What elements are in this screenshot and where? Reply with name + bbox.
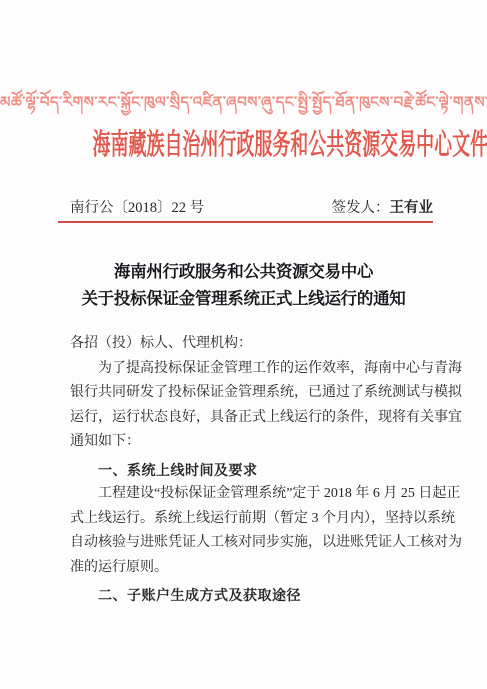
org-red-header-title: 海南藏族自治州行政服务和公共资源交易中心文件 (93, 122, 395, 163)
issuer: 签发人：王有业 (332, 196, 434, 217)
document-title: 海南州行政服务和公共资源交易中心 关于投标保证金管理系统正式上线运行的通知 (0, 258, 487, 312)
issuer-name: 王有业 (390, 200, 434, 216)
document-page: མཚོ་ལྷོ་བོད་རིགས་རང་སྐྱོང་ཁུལ་སྲིད་འཛིན་… (0, 0, 487, 689)
body-line: 工程建设“投标保证金管理系统”定于 2018 年 6 月 25 日起正 (70, 482, 435, 507)
body-section-heading: 一、系统上线时间及要求 (70, 458, 435, 483)
doc-number-row: 南行公〔2018〕22 号 签发人：王有业 (70, 196, 433, 217)
document-title-line1: 海南州行政服务和公共资源交易中心 (0, 258, 487, 285)
body-section-heading: 二、子账户生成方式及获取途径 (70, 583, 435, 608)
body-line: 自动核验与进账凭证人工核对同步实施，以进账凭证人工核对为 (70, 531, 435, 556)
document-body: 各招（投）标人、代理机构： 为了提高投标保证金管理工作的运作效率，海南中心与青海… (70, 332, 435, 608)
doc-number: 南行公〔2018〕22 号 (70, 196, 204, 217)
body-line: 为了提高投标保证金管理工作的运作效率，海南中心与青海 (70, 357, 435, 382)
issuer-label: 签发人： (332, 200, 390, 216)
body-line: 银行共同研发了投标保证金管理系统，已通过了系统测试与模拟 (70, 381, 435, 406)
body-line: 准的运行原则。 (70, 556, 435, 581)
body-line: 各招（投）标人、代理机构： (70, 332, 435, 357)
document-title-line2: 关于投标保证金管理系统正式上线运行的通知 (0, 285, 487, 312)
body-line: 运行，运行状态良好，具备正式上线运行的条件，现将有关事宜 (70, 406, 435, 431)
body-line: 通知如下： (70, 430, 435, 455)
red-divider-line (58, 221, 433, 223)
body-line: 式上线运行。系统上线运行前期（暂定 3 个月内），坚持以系统 (70, 507, 435, 532)
